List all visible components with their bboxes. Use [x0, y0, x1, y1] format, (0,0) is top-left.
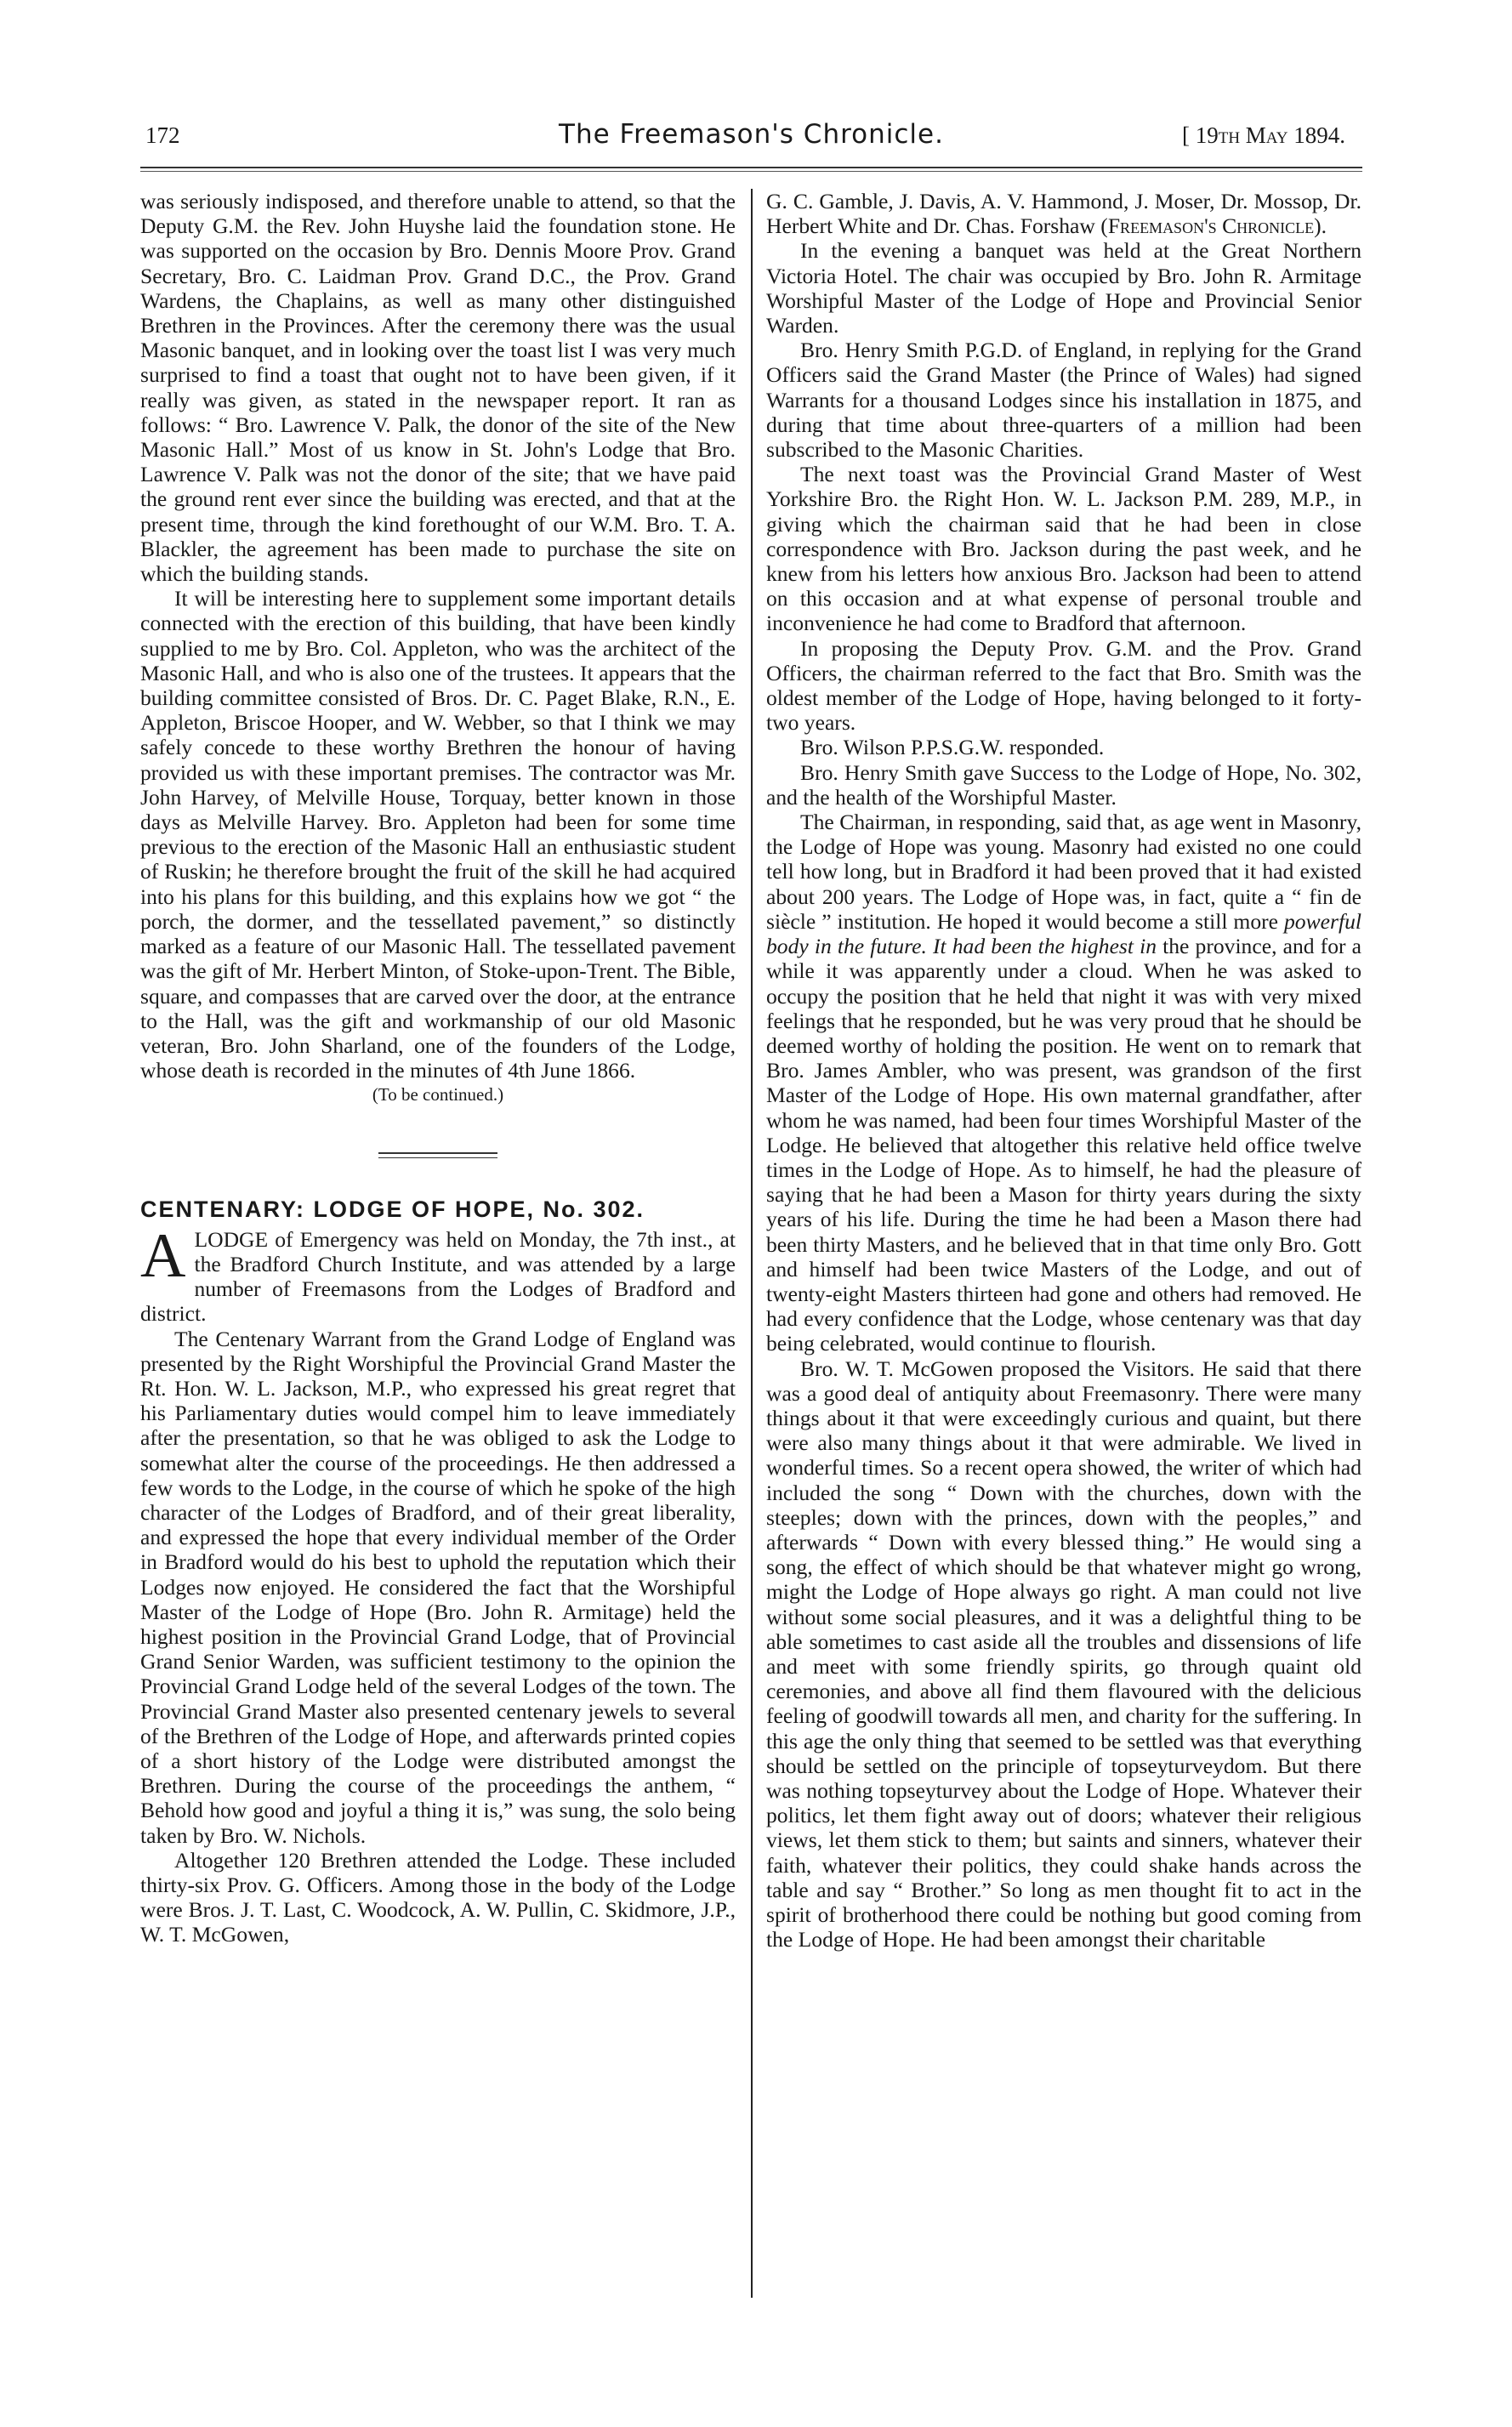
newspaper-page: 172 The Freemason's Chronicle. [ 19th Ma… — [140, 119, 1362, 156]
visitors-toast-paragraph: Bro. W. T. McGowen proposed the Visitors… — [766, 1356, 1361, 1952]
continued-names-paragraph: G. C. Gamble, J. Davis, A. V. Hammond, J… — [766, 189, 1361, 238]
toast-paragraph: The next toast was the Provincial Grand … — [766, 462, 1361, 635]
lead-text: LODGE of Emergency was held on Monday, t… — [140, 1227, 736, 1327]
masthead: 172 The Freemason's Chronicle. [ 19th Ma… — [140, 119, 1362, 156]
column-divider — [751, 189, 753, 2298]
chairman-response-paragraph: The Chairman, in responding, said that, … — [766, 810, 1361, 1356]
chairman-text-cont: the province, and for a while it was app… — [766, 934, 1361, 1356]
continued-paragraph: It will be interesting here to supplemen… — [140, 586, 736, 1083]
article-lead-paragraph: A LODGE of Emergency was held on Monday,… — [140, 1227, 736, 1327]
right-column: G. C. Gamble, J. Davis, A. V. Hammond, J… — [766, 189, 1361, 2298]
article-paragraph: Altogether 120 Brethren attended the Lod… — [140, 1848, 736, 1947]
publication-credit: Freemason's Chronicle — [1108, 213, 1314, 238]
issue-date: [ 19th May 1894. — [1182, 122, 1345, 149]
drop-cap: A — [140, 1232, 185, 1280]
left-column: was seriously indisposed, and therefore … — [140, 189, 736, 2298]
toast-paragraph: Bro. Henry Smith P.G.D. of England, in r… — [766, 338, 1361, 462]
toast-paragraph: In proposing the Deputy Prov. G.M. and t… — [766, 636, 1361, 736]
toast-paragraph: Bro. Wilson P.P.S.G.W. responded. — [766, 735, 1361, 759]
chairman-text: The Chairman, in responding, said that, … — [766, 810, 1361, 934]
masthead-double-rule — [140, 167, 1362, 172]
continued-paragraph: was seriously indisposed, and therefore … — [140, 189, 736, 586]
newspaper-title: The Freemason's Chronicle. — [140, 119, 1362, 150]
paren-close: ). — [1314, 213, 1327, 238]
toast-paragraph: Bro. Henry Smith gave Success to the Lod… — [766, 760, 1361, 810]
section-divider-rule — [378, 1152, 497, 1158]
article-paragraph: The Centenary Warrant from the Grand Lod… — [140, 1327, 736, 1848]
to-be-continued-note: (To be continued.) — [140, 1083, 736, 1107]
article-heading: CENTENARY: LODGE OF HOPE, No. 302. — [140, 1197, 736, 1222]
article-columns: was seriously indisposed, and therefore … — [140, 189, 1362, 2298]
banquet-paragraph: In the evening a banquet was held at the… — [766, 238, 1361, 338]
